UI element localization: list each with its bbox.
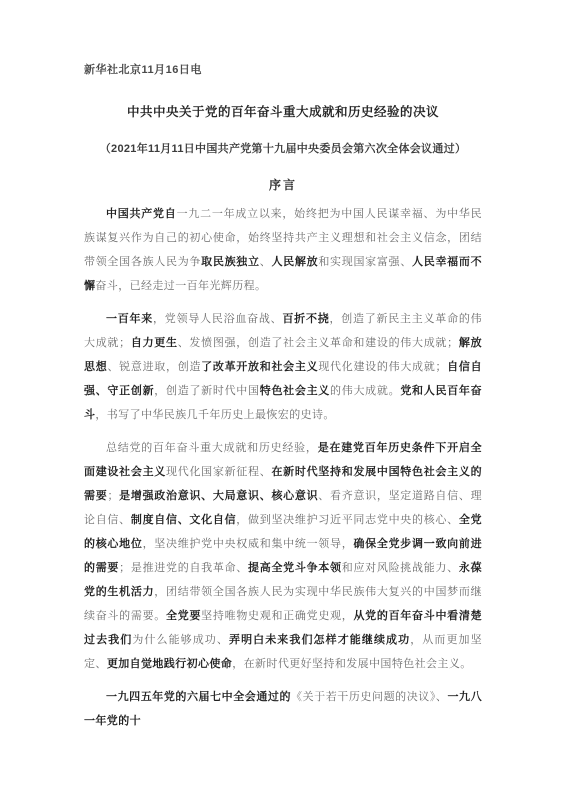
text-run: 、发愤图强，创造了社会主义革命和建设的伟大成就； [178, 337, 459, 349]
text-run: 和实现国家富强、 [318, 256, 412, 268]
bold-run: 一百年来 [106, 313, 153, 325]
bold-run: 中国共产党自 [106, 208, 177, 220]
bold-run: 全党要 [166, 610, 201, 622]
paragraph: 一九四五年党的六届七中全会通过的《关于若干历史问题的决议》、一九八一年党的十 [84, 685, 482, 733]
bold-run: 百折不挠 [282, 313, 329, 325]
text-run: 总结党的百年奋斗重大成就和历史经验， [106, 442, 318, 454]
bold-run: 是增强政治意识、大局意识、核心意识 [119, 490, 318, 502]
paragraph: 一百年来，党领导人民浴血奋战、百折不挠，创造了新民主主义革命的伟大成就；自力更生… [84, 307, 482, 427]
text-run: 奋斗，已经走过一百年光辉历程。 [95, 280, 266, 292]
bold-run: 弄明白未来我们怎样才能继续成功 [229, 634, 410, 646]
bold-run: 提高全党斗争本领 [248, 562, 342, 574]
text-run: 为什么能够成功、 [132, 634, 229, 646]
text-run: 、 [436, 691, 448, 703]
text-run: ，党领导人民浴血奋战、 [153, 313, 282, 325]
text-run: 、 [260, 256, 272, 268]
bold-run: 了改革开放和社会主义 [201, 361, 318, 373]
bold-run: 特色社会主义 [260, 385, 330, 397]
text-run: 现代化国家新征程、 [166, 466, 271, 478]
text-run: ，坚决维护党中央权威和集中统一领导， [143, 538, 354, 550]
paragraphs: 中国共产党自一九二一年成立以来，始终把为中国人民谋幸福、为中华民族谋复兴作为自己… [84, 202, 482, 733]
dateline: 新华社北京11月16日电 [84, 62, 482, 78]
text-run: ，书写了中华民族几千年历史上最恢宏的史诗。 [95, 409, 334, 421]
document-page: 新华社北京11月16日电 中共中央关于党的百年奋斗重大成就和历史经验的决议 （2… [0, 0, 566, 800]
adoption-note: （2021年11月11日中国共产党第十九届中央委员会第六次全体会议通过） [84, 142, 482, 157]
document-title: 中共中央关于党的百年奋斗重大成就和历史经验的决议 [84, 104, 482, 121]
bold-run: 一九四五年党的六届七中全会通过的 [106, 691, 291, 703]
bold-run: 自力更生 [131, 337, 178, 349]
text-run: 的伟大成就。 [330, 385, 400, 397]
document-content: 新华社北京11月16日电 中共中央关于党的百年奋斗重大成就和历史经验的决议 （2… [0, 0, 566, 733]
text-run: ； [107, 490, 118, 502]
paragraph: 总结党的百年奋斗重大成就和历史经验，是在建党百年历史条件下开启全面建设社会主义现… [84, 436, 482, 676]
text-run: ，在新时代更好坚持和发展中国特色社会主义。 [232, 658, 471, 670]
text-run: 《关于若干历史问题的决议》 [291, 691, 436, 703]
bold-run: 人民解放 [271, 256, 318, 268]
text-run: 和应对风险挑战能力、 [342, 562, 459, 574]
text-run: ；是推进党的自我革命、 [119, 562, 248, 574]
text-run: 坚持唯物史观和正确党史观， [201, 610, 353, 622]
bold-run: 制度自信、文化自信 [131, 514, 236, 526]
paragraph: 中国共产党自一九二一年成立以来，始终把为中国人民谋幸福、为中华民族谋复兴作为自己… [84, 202, 482, 298]
text-run: ，创造了新时代中国 [154, 385, 259, 397]
text-run: 、锐意进取，创造 [107, 361, 201, 373]
section-heading-preface: 序言 [84, 177, 482, 193]
text-run: 现代化建设的伟大成就； [318, 361, 447, 373]
bold-run: 取民族独立 [201, 256, 260, 268]
text-run: ，做到坚决维护习近平同志党中央的核心、 [236, 514, 459, 526]
bold-run: 更加自觉地践行初心使命 [107, 658, 232, 670]
